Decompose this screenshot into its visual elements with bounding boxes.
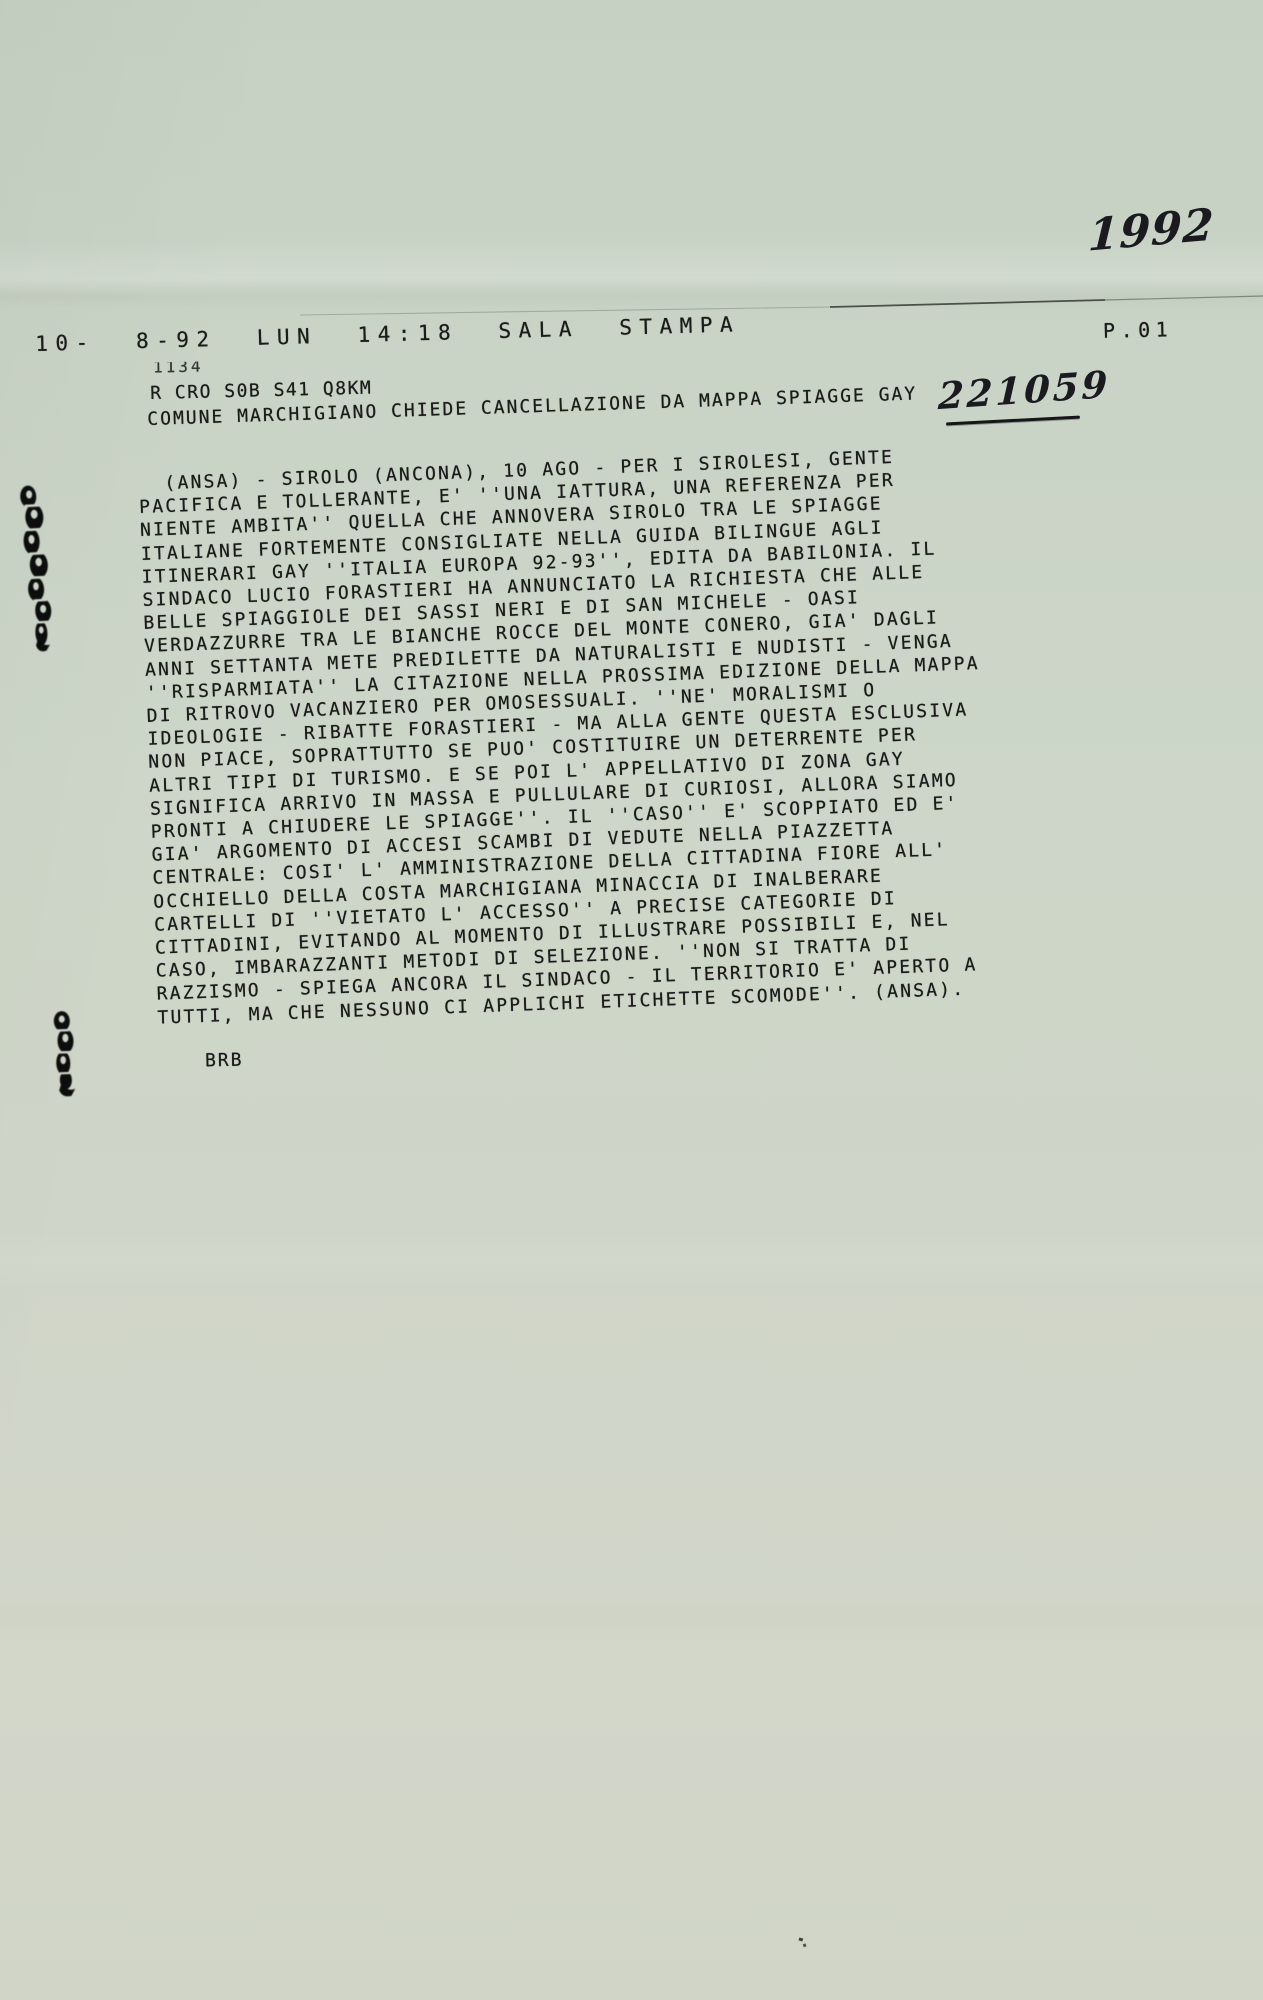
paper-speck (795, 1935, 815, 1955)
telex-clipped-fragment: 1134 (153, 362, 204, 375)
year-handwritten-note: 1992 (1087, 199, 1216, 261)
archive-number-handwritten: 221059 (937, 362, 1111, 418)
paper-crease (0, 1230, 1263, 1290)
telex-routing-code: R CRO S0B S41 Q8KM (150, 378, 373, 404)
ink-stamp-icon (48, 1009, 85, 1100)
ink-stamp-icon (16, 483, 65, 653)
article-body: (ANSA) - SIROLO (ANCONA), 10 AGO - PER I… (138, 443, 992, 1029)
scanned-fax-page: 1992 10- 8-92 LUN 14:18 SALA STAMPA P.01… (0, 0, 1263, 2000)
fax-page-number: P.01 (1103, 317, 1174, 342)
fax-timestamp-line: 10- 8-92 LUN 14:18 SALA STAMPA (35, 312, 740, 356)
paper-crease (0, 1590, 1263, 1640)
paper-crease (0, 240, 1263, 310)
operator-signoff: BRB (205, 1050, 244, 1072)
archive-number-underline (946, 415, 1080, 425)
